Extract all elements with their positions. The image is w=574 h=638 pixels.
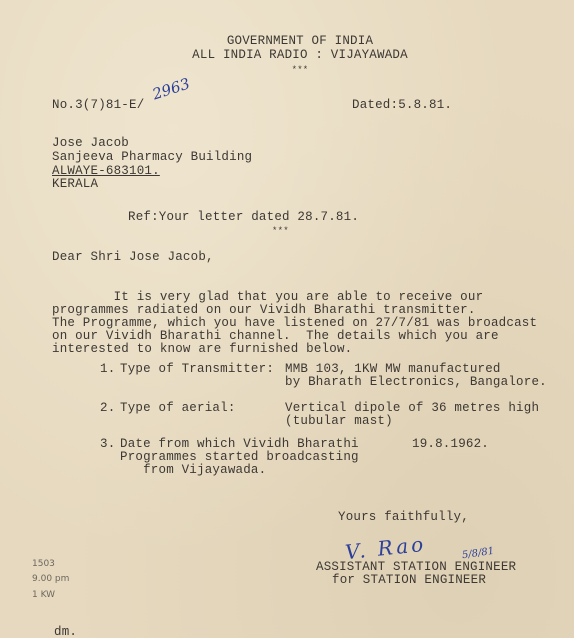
body-line: The Programme, which you have listened o… [52,316,537,330]
body-line: interested to know are furnished below. [52,342,352,356]
recipient-state: KERALA [52,177,98,191]
detail-label: Programmes started broadcasting [120,450,359,464]
recipient-name: Jose Jacob [52,136,129,150]
signatory-title: ASSISTANT STATION ENGINEER [316,560,516,574]
letter-date: Dated:5.8.81. [352,98,452,112]
detail-label: Date from which Vividh Bharathi [120,437,359,451]
detail-label: Type of Transmitter: [120,362,274,376]
detail-number: 2. [100,401,115,415]
body-line: programmes radiated on our Vividh Bharat… [52,303,476,317]
body-line: on our Vividh Bharathi channel. The deta… [52,329,499,343]
reference-number: No.3(7)81-E/ [52,98,144,112]
recipient-building: Sanjeeva Pharmacy Building [52,150,252,164]
reference-line: Ref:Your letter dated 28.7.81. [128,210,359,224]
salutation: Dear Shri Jose Jacob, [52,250,214,264]
detail-label: from Vijayawada. [120,463,266,477]
valediction: Yours faithfully, [338,510,469,524]
reference-separator: *** [272,224,289,238]
detail-label: Type of aerial: [120,401,236,415]
letterhead-government: GOVERNMENT OF INDIA [150,34,450,48]
signatory-subtitle: for STATION ENGINEER [332,573,486,587]
detail-value: Vertical dipole of 36 metres high [285,401,539,415]
letterhead-station: ALL INDIA RADIO : VIJAYAWADA [150,48,450,62]
recipient-city: ALWAYE-683101. [52,164,160,178]
detail-value: 19.8.1962. [412,437,489,451]
detail-value: MMB 103, 1KW MW manufactured [285,362,501,376]
pencil-note: 1 KW [32,587,55,604]
detail-value: (tubular mast) [285,414,393,428]
detail-number: 1. [100,362,115,376]
pencil-note: 9.00 pm [32,571,69,588]
body-line: It is very glad that you are able to rec… [52,290,483,304]
detail-number: 3. [100,437,115,451]
letterhead-separator: *** [150,63,450,77]
detail-value: by Bharath Electronics, Bangalore. [285,375,547,389]
typist-initials: dm. [54,625,77,638]
